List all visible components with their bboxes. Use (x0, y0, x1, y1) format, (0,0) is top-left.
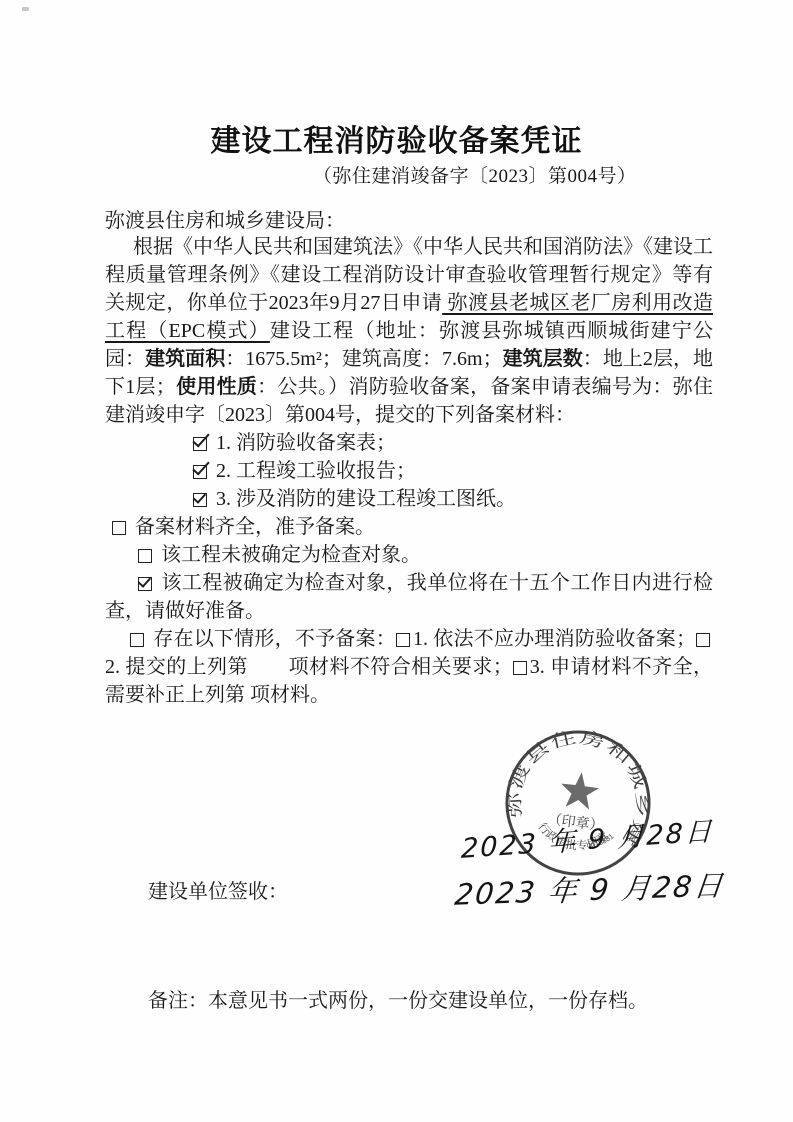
option-text: 该工程被确定为检查对象，我单位将在十五个工作日内进行检查，请做好准备。 (105, 572, 713, 622)
materials-checklist: 1. 消防验收备案表； 2. 工程竣工验收报告； 3. 涉及消防的建设工程竣工图… (105, 429, 713, 513)
checked-checkbox-icon (193, 437, 207, 451)
option-selected-for-inspection: 该工程被确定为检查对象，我单位将在十五个工作日内进行检查，请做好准备。 (105, 569, 713, 625)
unchecked-checkbox-icon (513, 661, 527, 675)
rejection-lead-text: 存在以下情形，不予备案： (153, 628, 396, 650)
document-body: 根据《中华人民共和国建筑法》《中华人民共和国消防法》《建设工程质量管理条例》《建… (105, 233, 713, 709)
material-item-2: 2. 工程竣工验收报告； (193, 457, 713, 485)
material-item-1: 1. 消防验收备案表； (193, 429, 713, 457)
footer-note: 备注：本意见书一式两份，一份交建设单位，一份存档。 (148, 984, 648, 1013)
unchecked-checkbox-icon (396, 633, 410, 647)
construction-unit-sign-label: 建设单位签收： (148, 875, 288, 904)
material-item-label: 3. 涉及消防的建设工程竣工图纸。 (216, 488, 516, 510)
checked-checkbox-icon (193, 465, 207, 479)
option-rejection-cases: 存在以下情形，不予备案：1. 依法不应办理消防验收备案；2. 提交的上列第 项材… (105, 625, 713, 709)
unchecked-checkbox-icon (696, 633, 710, 647)
material-item-3: 3. 涉及消防的建设工程竣工图纸。 (193, 485, 713, 513)
label-usage-nature: 使用性质 (176, 376, 257, 398)
certificate-document: 建设工程消防验收备案凭证 （弥住建消竣备字〔2023〕第004号） 弥渡县住房和… (0, 0, 793, 1122)
material-item-label: 2. 工程竣工验收报告； (216, 460, 416, 482)
option-text: 该工程未被确定为检查对象。 (161, 544, 421, 566)
option-materials-complete: 备案材料齐全，准予备案。 (105, 513, 713, 541)
unchecked-checkbox-icon (112, 521, 126, 535)
salutation: 弥渡县住房和城乡建设局： (105, 204, 345, 233)
checked-checkbox-icon (138, 577, 152, 591)
label-building-area: 建筑面积 (145, 348, 225, 370)
label-building-floors: 建筑层数 (503, 348, 583, 370)
document-title: 建设工程消防验收备案凭证 (0, 116, 793, 160)
rejection-case-1: 1. 依法不应办理消防验收备案； (413, 628, 696, 650)
area-value-text: ：1675.5m²；建筑高度：7.6m； (225, 348, 502, 370)
checked-checkbox-icon (193, 493, 207, 507)
official-seal-stamp: 弥渡县住房和城乡建设局 （印章） 行政审批专用章 0018881 (492, 717, 664, 889)
rejection-case-2: 2. 提交的上列第 项材料不符合相关要求； (105, 656, 513, 678)
star-icon (559, 770, 601, 811)
handwritten-receipt-date: 2023 年 9 月28日 (453, 863, 727, 914)
option-text: 备案材料齐全，准予备案。 (135, 516, 375, 538)
main-paragraph: 根据《中华人民共和国建筑法》《中华人民共和国消防法》《建设工程质量管理条例》《建… (105, 233, 713, 429)
option-not-selected-for-inspection: 该工程未被确定为检查对象。 (105, 541, 713, 569)
material-item-label: 1. 消防验收备案表； (216, 432, 396, 454)
scan-artifact (22, 7, 29, 11)
unchecked-checkbox-icon (130, 633, 144, 647)
unchecked-checkbox-icon (138, 549, 152, 563)
document-number: （弥住建消竣备字〔2023〕第004号） (313, 161, 637, 188)
